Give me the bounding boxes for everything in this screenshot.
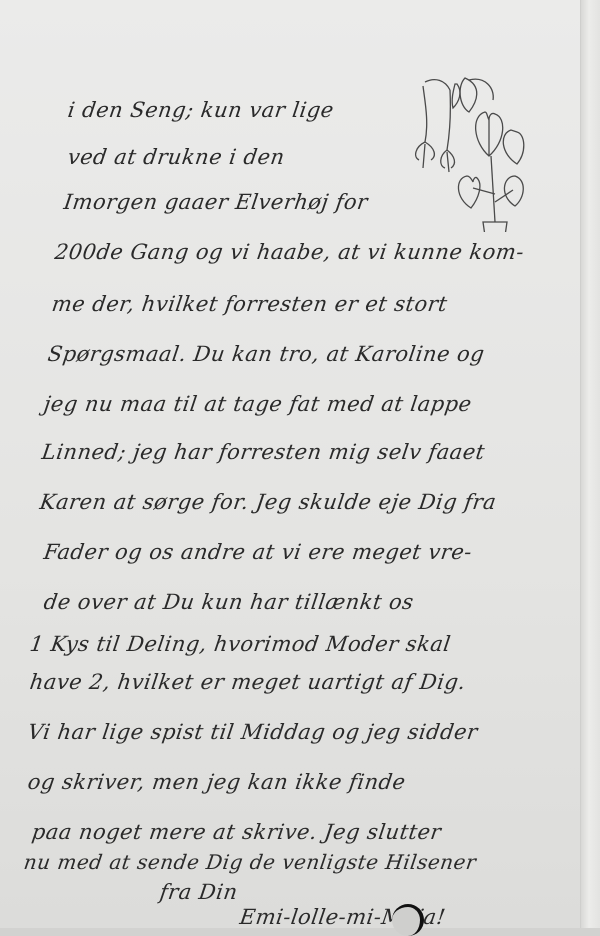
letter-line-14: Vi har lige spist til Middag og jeg sidd…: [26, 720, 479, 744]
letter-line-5: me der, hvilket forresten er et stort: [50, 292, 449, 316]
letter-line-4: 200de Gang og vi haabe, at vi kunne kom-: [53, 240, 525, 264]
letter-line-6: Spørgsmaal. Du kan tro, at Karoline og: [46, 342, 486, 366]
letter-line-15: og skriver, men jeg kan ikke finde: [26, 770, 407, 794]
plant-sketch-icon: [395, 72, 535, 232]
letter-line-7: jeg nu maa til at tage fat med at lappe: [42, 392, 473, 416]
page-edge: [580, 0, 600, 936]
letter-line-13: have 2, hvilket er meget uartigt af Dig.: [28, 670, 467, 694]
letter-line-3: Imorgen gaaer Elverhøj for: [62, 190, 369, 214]
letter-line-2: ved at drukne i den: [66, 145, 286, 169]
punch-hole: [392, 904, 424, 936]
letter-line-16: paa noget mere at skrive. Jeg slutter: [30, 820, 443, 844]
page-bottom-edge: [0, 928, 600, 936]
letter-line-11: de over at Du kun har tillænkt os: [42, 590, 415, 614]
letter-line-8: Linned; jeg har forresten mig selv faaet: [40, 440, 486, 464]
letter-line-10: Fader og os andre at vi ere meget vre-: [42, 540, 473, 564]
letter-line-17: nu med at sende Dig de venligste Hilsene…: [22, 850, 478, 874]
letter-closing: fra Din: [158, 880, 239, 904]
letter-line-9: Karen at sørge for. Jeg skulde eje Dig f…: [38, 490, 498, 514]
letter-line-12: 1 Kys til Deling, hvorimod Moder skal: [28, 632, 452, 656]
letter-line-1: i den Seng; kun var lige: [66, 98, 335, 122]
